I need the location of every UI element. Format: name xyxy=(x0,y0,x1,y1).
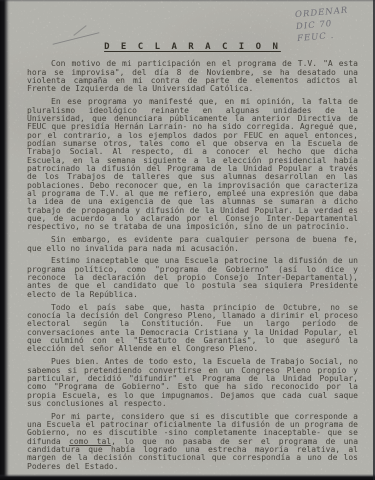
document-body: D E C L A R A C I O N Con motivo de mi p… xyxy=(27,43,358,471)
paragraph: Por mi parte, considero que si es discut… xyxy=(27,413,358,471)
paragraph: Pues bien. Antes de todo esto, la Escuel… xyxy=(27,358,358,408)
paragraph: En ese programa yo manifesté que, en mi … xyxy=(27,98,358,232)
paragraph: Todo el país sabe que, hasta principio d… xyxy=(27,304,358,354)
scanned-document-page: ORDENAR DIC 70 FEUC . D E C L A R A C I … xyxy=(0,0,375,480)
scan-edge-bottom xyxy=(0,474,375,480)
scan-edge-left xyxy=(0,0,10,480)
paragraph: Estimo inaceptable que una Escuela patro… xyxy=(27,257,358,299)
paragraph: Sin embargo, es evidente para cualquier … xyxy=(27,236,358,253)
paragraph: Con motivo de mi participación en el pro… xyxy=(27,60,358,93)
handwritten-annotation: ORDENAR DIC 70 FEUC . xyxy=(295,3,370,45)
document-title: D E C L A R A C I O N xyxy=(27,43,358,51)
scratch-mark xyxy=(73,25,86,36)
scan-edge-top xyxy=(0,0,375,2)
